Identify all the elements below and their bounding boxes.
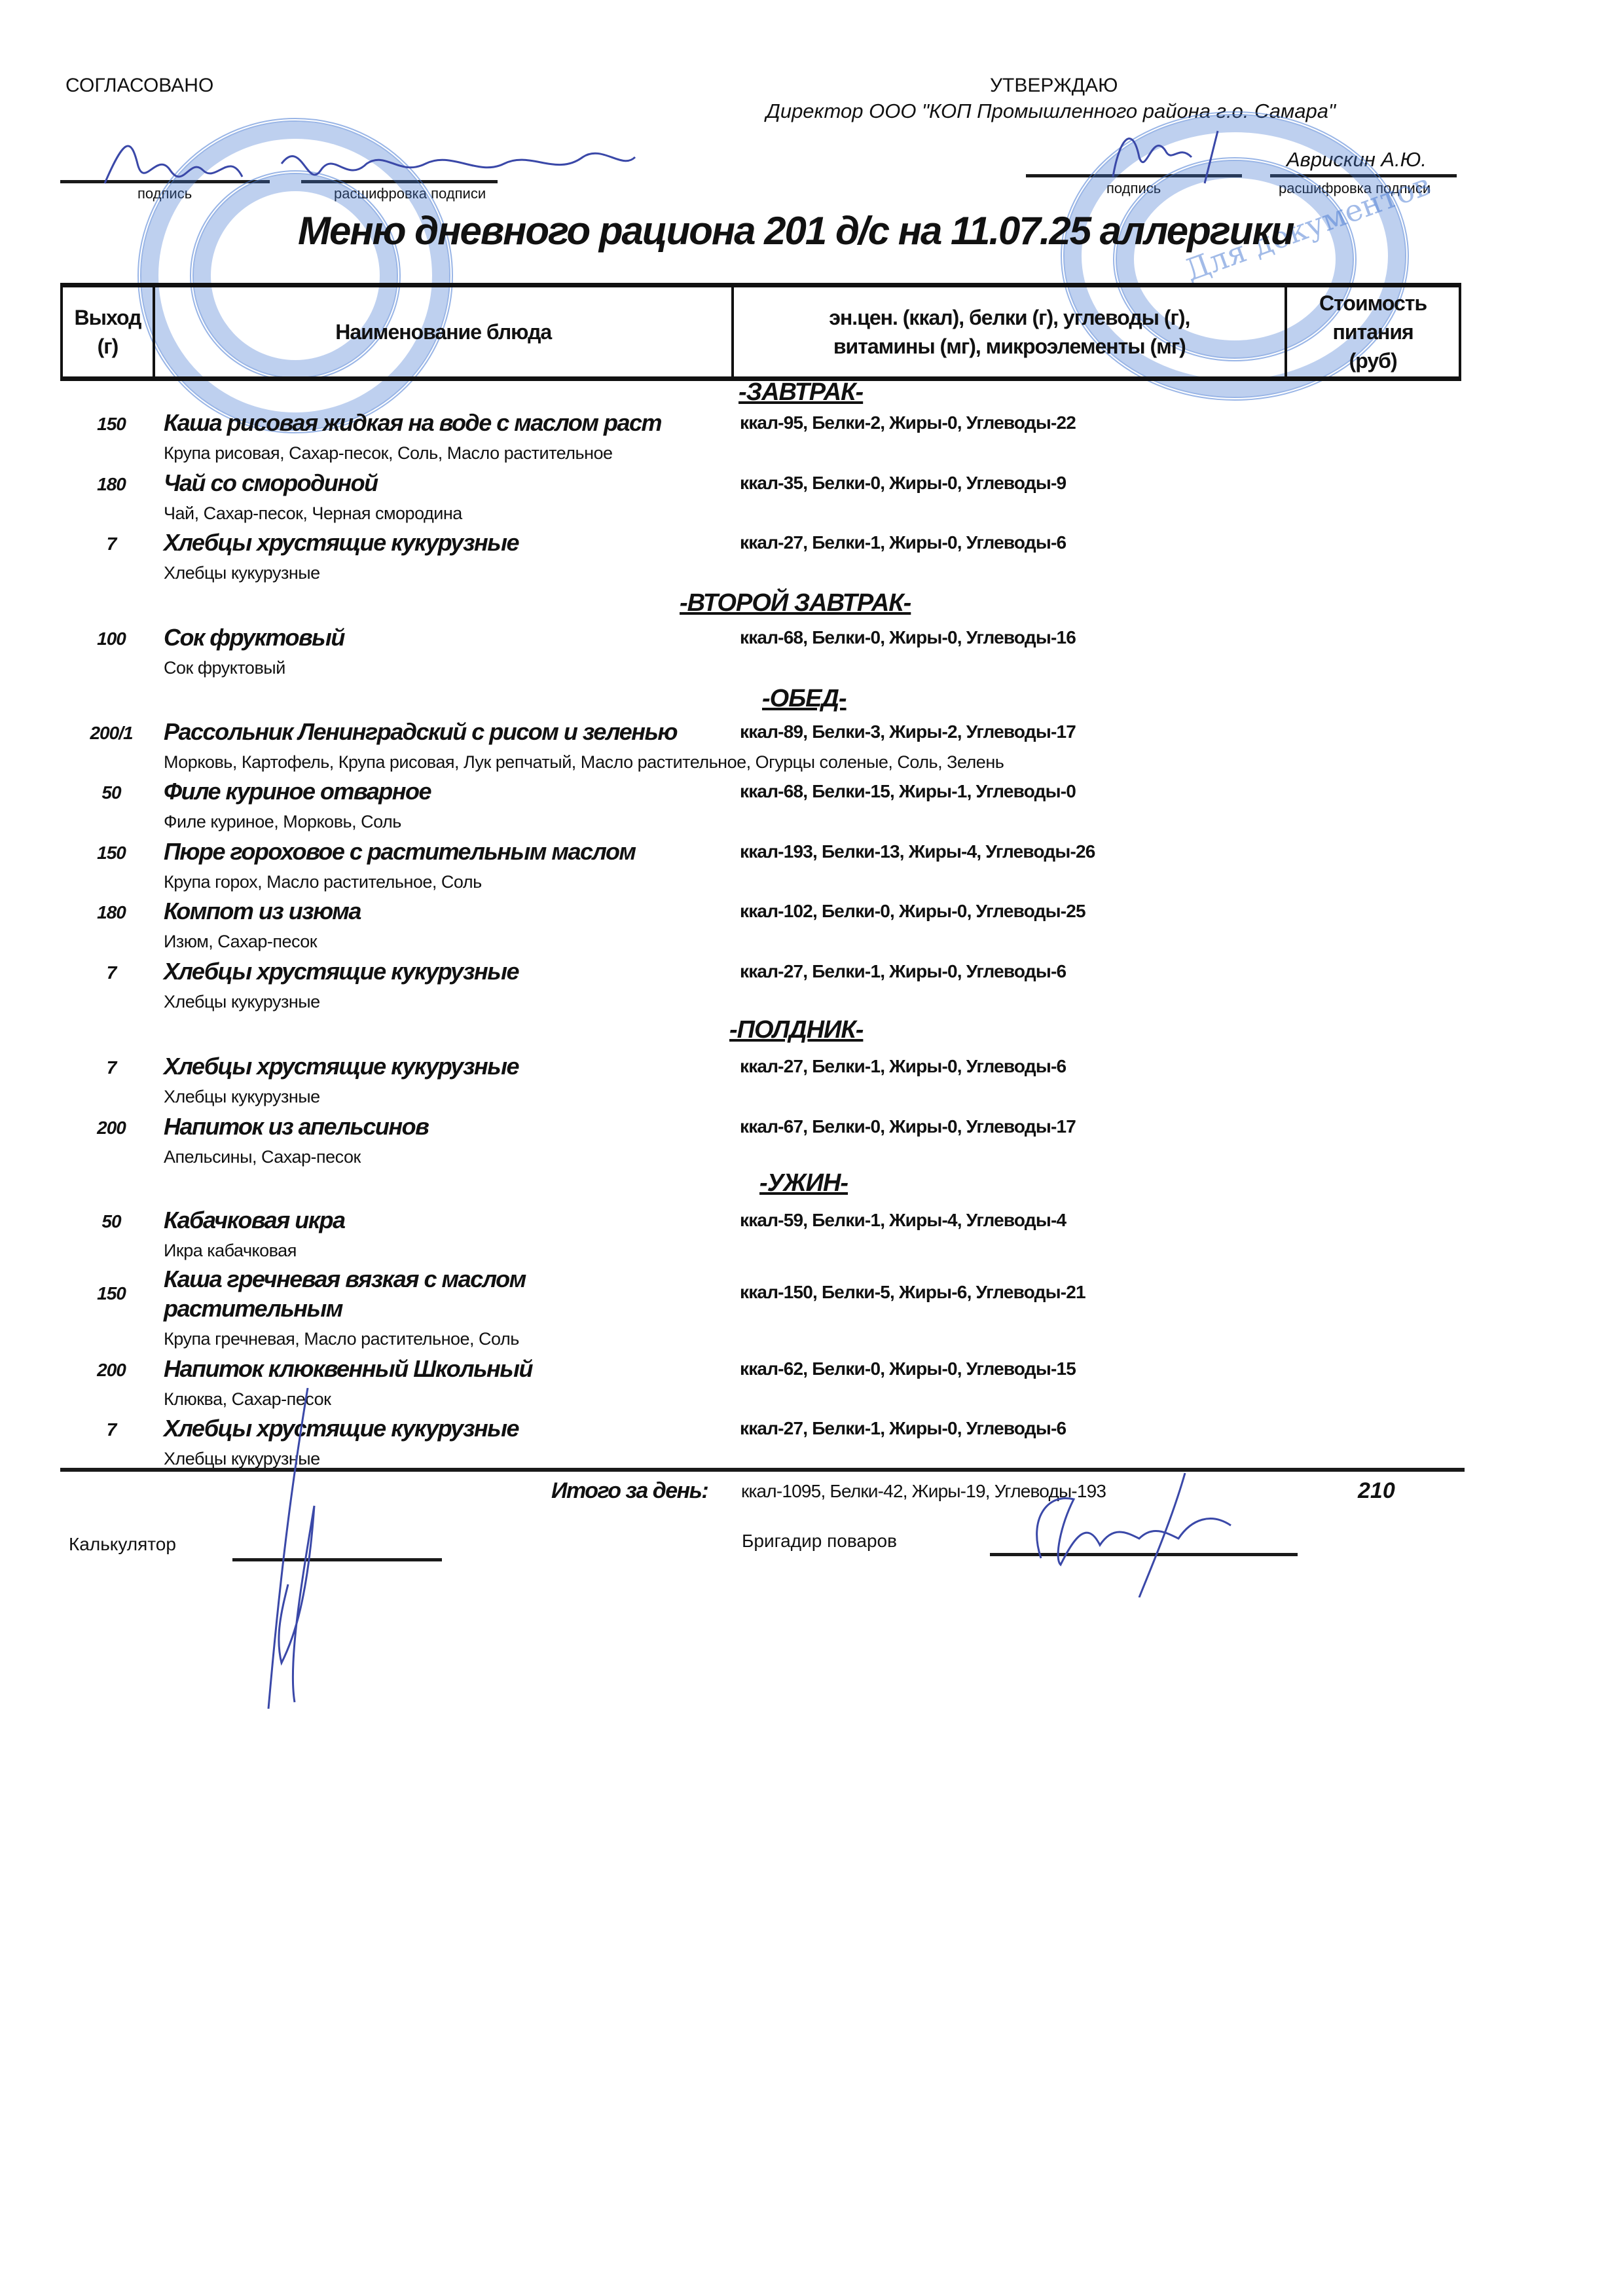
item-ingredients: Хлебцы кукурузные <box>164 992 320 1012</box>
decode-line-left <box>301 180 498 183</box>
chef-signature-line <box>990 1553 1298 1556</box>
item-name: Хлебцы хрустящие кукурузные <box>164 1053 519 1080</box>
item-nutrition: ккал-67, Белки-0, Жиры-0, Углеводы-17 <box>740 1116 1076 1137</box>
item-qty: 200 <box>75 1118 147 1139</box>
item-nutrition: ккал-68, Белки-0, Жиры-0, Углеводы-16 <box>740 627 1076 648</box>
header-dish-name-label: Наименование блюда <box>335 320 551 344</box>
header-cost: Стоимость питания (руб) <box>1286 285 1460 379</box>
item-nutrition: ккал-27, Белки-1, Жиры-0, Углеводы-6 <box>740 1056 1066 1077</box>
header-cost-line1: Стоимость <box>1288 289 1458 318</box>
item-ingredients: Икра кабачковая <box>164 1241 297 1261</box>
section-afternoon-snack: -ПОЛДНИК- <box>729 1016 863 1044</box>
item-nutrition: ккал-59, Белки-1, Жиры-4, Углеводы-4 <box>740 1210 1066 1231</box>
approve-heading: УТВЕРЖДАЮ <box>990 75 1118 97</box>
item-ingredients: Хлебцы кукурузные <box>164 563 320 583</box>
item-name: Сок фруктовый <box>164 624 344 651</box>
section-breakfast: -ЗАВТРАК- <box>739 378 863 407</box>
item-name: Хлебцы хрустящие кукурузные <box>164 1415 519 1442</box>
item-nutrition: ккал-35, Белки-0, Жиры-0, Углеводы-9 <box>740 473 1066 494</box>
item-qty: 7 <box>75 962 147 983</box>
item-nutrition: ккал-95, Белки-2, Жиры-0, Углеводы-22 <box>740 412 1076 433</box>
item-qty: 7 <box>75 534 147 555</box>
item-qty: 7 <box>75 1057 147 1078</box>
header-nutrition-line1: эн.цен. (ккал), белки (г), углеводы (г), <box>735 303 1284 332</box>
item-ingredients: Крупа рисовая, Сахар-песок, Соль, Масло … <box>164 443 613 464</box>
calculator-signature-line <box>232 1558 442 1561</box>
header-yield-line2: (г) <box>64 332 152 361</box>
chef-label: Бригадир поваров <box>742 1531 897 1552</box>
item-nutrition: ккал-68, Белки-15, Жиры-1, Углеводы-0 <box>740 781 1076 802</box>
totals-cost: 210 <box>1358 1478 1395 1504</box>
totals-nutrition: ккал-1095, Белки-42, Жиры-19, Углеводы-1… <box>741 1481 1106 1502</box>
item-name-line2: растительным <box>164 1295 342 1322</box>
item-ingredients: Апельсины, Сахар-песок <box>164 1147 361 1167</box>
item-name: Рассольник Ленинградский с рисом и зелен… <box>164 718 677 746</box>
header-yield: Выход (г) <box>62 285 154 379</box>
approved-heading: СОГЛАСОВАНО <box>65 75 213 97</box>
item-name: Хлебцы хрустящие кукурузные <box>164 958 519 985</box>
decode-caption-left: расшифровка подписи <box>334 185 486 202</box>
item-qty: 150 <box>75 414 147 435</box>
item-ingredients: Чай, Сахар-песок, Черная смородина <box>164 503 462 524</box>
director-position: Директор ООО "КОП Промышленного района г… <box>766 100 1336 123</box>
totals-divider <box>60 1468 1465 1472</box>
item-nutrition: ккал-27, Белки-1, Жиры-0, Углеводы-6 <box>740 532 1066 553</box>
item-ingredients: Морковь, Картофель, Крупа рисовая, Лук р… <box>164 752 1004 773</box>
item-ingredients: Крупа горох, Масло растительное, Соль <box>164 872 482 892</box>
calculator-label: Калькулятор <box>69 1534 176 1555</box>
item-nutrition: ккал-193, Белки-13, Жиры-4, Углеводы-26 <box>740 841 1095 862</box>
item-ingredients: Хлебцы кукурузные <box>164 1449 320 1469</box>
section-second-breakfast: -ВТОРОЙ ЗАВТРАК- <box>680 589 911 617</box>
item-qty: 180 <box>75 474 147 495</box>
item-qty: 180 <box>75 902 147 923</box>
round-seal-left <box>137 118 453 433</box>
item-nutrition: ккал-27, Белки-1, Жиры-0, Углеводы-6 <box>740 1418 1066 1439</box>
item-name: Напиток из апельсинов <box>164 1113 428 1140</box>
item-ingredients: Хлебцы кукурузные <box>164 1087 320 1107</box>
item-ingredients: Изюм, Сахар-песок <box>164 932 317 952</box>
header-cost-line2: питания <box>1288 318 1458 346</box>
header-yield-line1: Выход <box>64 303 152 332</box>
signature-caption-left: подпись <box>137 185 192 202</box>
header-nutrition-line2: витамины (мг), микроэлементы (мг) <box>735 332 1284 361</box>
item-qty: 50 <box>75 1211 147 1232</box>
item-qty: 150 <box>75 1283 147 1304</box>
item-ingredients: Крупа гречневая, Масло растительное, Сол… <box>164 1329 519 1349</box>
item-qty: 200 <box>75 1360 147 1381</box>
item-name: Чай со смородиной <box>164 469 378 497</box>
totals-label: Итого за день: <box>551 1478 708 1504</box>
item-name: Хлебцы хрустящие кукурузные <box>164 529 519 556</box>
handwritten-signature-right <box>1100 118 1250 190</box>
item-name: Каша рисовая жидкая на воде с маслом рас… <box>164 409 661 437</box>
item-ingredients: Филе куриное, Морковь, Соль <box>164 812 401 832</box>
item-name: Пюре гороховое с растительным маслом <box>164 838 636 866</box>
item-nutrition: ккал-27, Белки-1, Жиры-0, Углеводы-6 <box>740 961 1066 982</box>
menu-table-header: Выход (г) Наименование блюда эн.цен. (кк… <box>60 283 1461 381</box>
item-ingredients: Клюква, Сахар-песок <box>164 1389 331 1410</box>
item-ingredients: Сок фруктовый <box>164 658 285 678</box>
item-name: Филе куриное отварное <box>164 778 431 805</box>
header-cost-line3: (руб) <box>1288 346 1458 375</box>
item-nutrition: ккал-150, Белки-5, Жиры-6, Углеводы-21 <box>740 1282 1085 1303</box>
header-dish-name: Наименование блюда <box>154 285 733 379</box>
item-qty: 7 <box>75 1419 147 1440</box>
item-name: Компот из изюма <box>164 898 361 925</box>
item-qty: 50 <box>75 782 147 803</box>
item-name: Кабачковая икра <box>164 1207 345 1234</box>
signature-line-left <box>60 180 270 183</box>
signature-line-right <box>1026 174 1242 177</box>
item-nutrition: ккал-102, Белки-0, Жиры-0, Углеводы-25 <box>740 901 1085 922</box>
item-qty: 200/1 <box>75 723 147 744</box>
item-nutrition: ккал-62, Белки-0, Жиры-0, Углеводы-15 <box>740 1358 1076 1379</box>
section-lunch: -ОБЕД- <box>762 685 847 713</box>
page-title: Меню дневного рациона 201 д/с на 11.07.2… <box>298 208 1294 253</box>
header-nutrition: эн.цен. (ккал), белки (г), углеводы (г),… <box>733 285 1286 379</box>
director-name: Аврискин А.Ю. <box>1286 148 1427 172</box>
item-qty: 150 <box>75 843 147 864</box>
item-qty: 100 <box>75 629 147 649</box>
decode-line-right <box>1270 174 1457 177</box>
item-name-line1: Каша гречневая вязкая с маслом <box>164 1266 526 1293</box>
item-nutrition: ккал-89, Белки-3, Жиры-2, Углеводы-17 <box>740 721 1076 742</box>
section-dinner: -УЖИН- <box>759 1169 848 1197</box>
signature-caption-right: подпись <box>1106 180 1161 197</box>
item-name: Напиток клюквенный Школьный <box>164 1355 532 1383</box>
